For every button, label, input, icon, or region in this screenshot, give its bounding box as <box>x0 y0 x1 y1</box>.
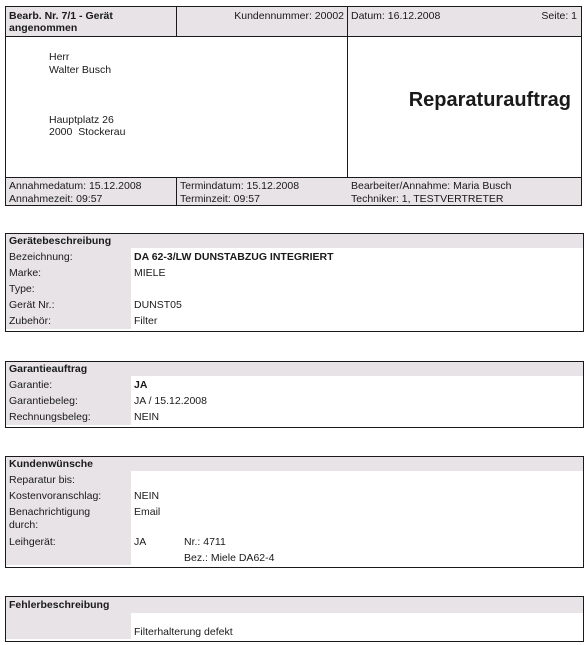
label-column <box>6 613 131 639</box>
leihgeraet-bez: Bez.: Miele DA62-4 <box>184 552 274 564</box>
section-title-bar: Gerätebeschreibung <box>6 234 583 248</box>
techniker: Techniker: 1, TESTVERTRETER <box>351 193 504 205</box>
seite: Seite: 1 <box>541 10 577 22</box>
section-title-bar: Garantieauftrag <box>6 362 583 376</box>
value-garantie: JA <box>134 379 147 391</box>
section-title: Kundenwünsche <box>9 458 93 470</box>
kundennummer: Kundennummer: 20002 <box>234 10 344 22</box>
value-kostenvoranschlag: NEIN <box>134 490 159 502</box>
section-title: Gerätebeschreibung <box>9 235 111 247</box>
value-zubehoer: Filter <box>134 315 157 327</box>
value-geraet-nr: DUNST05 <box>134 299 182 311</box>
label-kostenvoranschlag: Kostenvoranschlag: <box>9 490 101 502</box>
label-garantie: Garantie: <box>9 379 52 391</box>
value-benachrichtigung: Email <box>134 506 160 518</box>
leihgeraet-nr: Nr.: 4711 <box>184 536 226 548</box>
address-street: Hauptplatz 26 <box>49 114 114 126</box>
label-benachrichtigung: Benachrichtigung <box>9 506 90 518</box>
fehler-text: Filterhalterung defekt <box>134 626 233 638</box>
section-title-bar: Kundenwünsche <box>6 457 583 471</box>
label-type: Type: <box>9 283 35 295</box>
datum: Datum: 16.12.2008 <box>351 10 440 22</box>
value-marke: MIELE <box>134 267 166 279</box>
address-city: 2000 Stockerau <box>49 126 125 138</box>
section-title: Fehlerbeschreibung <box>9 599 109 611</box>
section-title-bar: Fehlerbeschreibung <box>6 597 583 613</box>
header-block: Bearb. Nr. 7/1 - Gerät angenommen Kunden… <box>5 6 582 206</box>
label-rechnungsbeleg: Rechnungsbeleg: <box>9 411 91 423</box>
value-rechnungsbeleg: NEIN <box>134 411 159 423</box>
bearb-nr: Bearb. Nr. 7/1 - Gerät <box>9 10 113 22</box>
annahmezeit: Annahmezeit: 09:57 <box>9 193 102 205</box>
termindatum: Termindatum: 15.12.2008 <box>180 180 299 192</box>
section-kundenwuensche: Kundenwünsche Reparatur bis: Kostenvoran… <box>5 456 584 568</box>
value-bezeichnung: DA 62-3/LW DUNSTABZUG INTEGRIERT <box>134 251 334 263</box>
section-title: Garantieauftrag <box>9 363 87 375</box>
value-leihgeraet: JA <box>134 536 146 548</box>
section-fehlerbeschreibung: Fehlerbeschreibung Filterhalterung defek… <box>5 596 584 642</box>
value-garantiebeleg: JA / 15.12.2008 <box>134 395 207 407</box>
label-zubehoer: Zubehör: <box>9 315 51 327</box>
section-garantieauftrag: Garantieauftrag Garantie: JA Garantiebel… <box>5 361 584 428</box>
label-benachrichtigung-2: durch: <box>9 519 38 531</box>
section-geraetebeschreibung: Gerätebeschreibung Bezeichnung: DA 62-3/… <box>5 233 584 332</box>
address-salutation: Herr <box>49 51 69 63</box>
label-marke: Marke: <box>9 267 41 279</box>
label-leihgeraet: Leihgerät: <box>9 536 56 548</box>
bearbeiter: Bearbeiter/Annahme: Maria Busch <box>351 180 512 192</box>
label-geraet-nr: Gerät Nr.: <box>9 299 55 311</box>
label-reparatur-bis: Reparatur bis: <box>9 474 75 486</box>
document-title: Reparaturauftrag <box>409 89 571 111</box>
bearb-status: angenommen <box>9 22 77 34</box>
terminzeit: Terminzeit: 09:57 <box>180 193 260 205</box>
label-bezeichnung: Bezeichnung: <box>9 251 73 263</box>
label-garantiebeleg: Garantiebeleg: <box>9 395 78 407</box>
annahmedatum: Annahmedatum: 15.12.2008 <box>9 180 142 192</box>
address-name: Walter Busch <box>49 64 111 76</box>
